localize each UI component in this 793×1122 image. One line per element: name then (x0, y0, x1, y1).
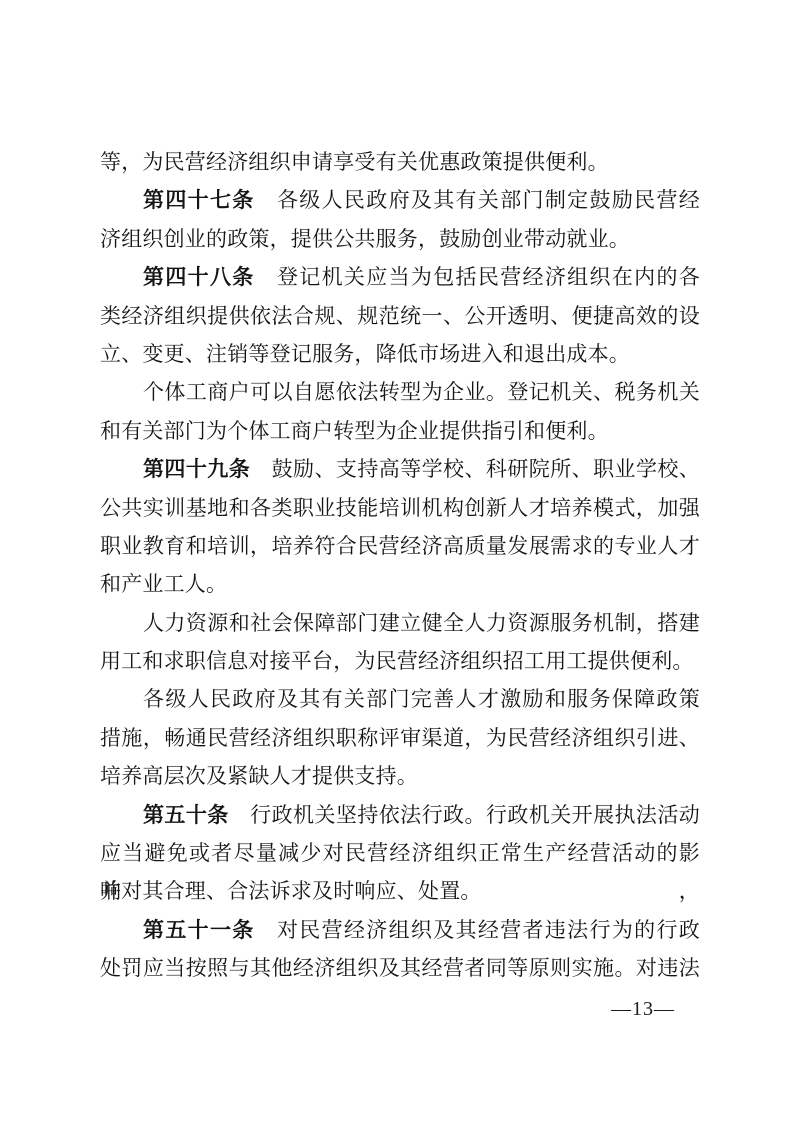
body-line: 处罚应当按照与其他经济组织及其经营者同等原则实施。对违法 (100, 949, 700, 987)
body-text-segment: 对民营经济组织及其经营者违法行为的行政 (255, 918, 700, 942)
article-number-label: 第五十一条 (143, 919, 255, 942)
body-text-segment: 立、变更、注销等登记服务，降低市场进入和退出成本。 (100, 342, 630, 366)
body-line: 第四十八条 登记机关应当为包括民营经济组织在内的各 (100, 258, 700, 296)
article-number-label: 第四十九条 (143, 458, 250, 481)
document-page: 等，为民营经济组织申请享受有关优惠政策提供便利。第四十七条 各级人民政府及其有关… (0, 0, 793, 1122)
body-line: 公共实训基地和各类职业技能培训机构创新人才培养模式，加强 (100, 489, 700, 527)
body-text-segment: 行政机关坚持依法行政。行政机关开展执法活动 (229, 803, 700, 827)
body-text-segment: 人力资源和社会保障部门建立健全人力资源服务机制，搭建 (143, 611, 700, 635)
body-text-segment: 职业教育和培训，培养符合民营经济高质量发展需求的专业人才 (100, 534, 700, 558)
body-line: 用工和求职信息对接平台，为民营经济组织招工用工提供便利。 (100, 642, 700, 680)
body-text-segment: 培养高层次及紧缺人才提供支持。 (100, 764, 418, 788)
body-text-segment: 用工和求职信息对接平台，为民营经济组织招工用工提供便利。 (100, 649, 694, 673)
body-text-segment: 等，为民营经济组织申请享受有关优惠政策提供便利。 (100, 150, 609, 174)
body-line: 人力资源和社会保障部门建立健全人力资源服务机制，搭建 (100, 604, 700, 642)
body-line: 培养高层次及紧缺人才提供支持。 (100, 757, 700, 795)
body-line: 措施，畅通民营经济组织职称评审渠道，为民营经济组织引进、 (100, 719, 700, 757)
document-body: 等，为民营经济组织申请享受有关优惠政策提供便利。第四十七条 各级人民政府及其有关… (100, 143, 700, 988)
body-line: 类经济组织提供依法合规、规范统一、公开透明、便捷高效的设 (100, 297, 700, 335)
body-text-segment: 措施，畅通民营经济组织职称评审渠道，为民营经济组织引进、 (100, 726, 700, 750)
body-line: 第四十九条 鼓励、支持高等学校、科研院所、职业学校、 (100, 450, 700, 488)
body-line: 应当避免或者尽量减少对民营经济组织正常生产经营活动的影响， (100, 834, 700, 872)
body-line: 和有关部门为个体工商户转型为企业提供指引和便利。 (100, 412, 700, 450)
body-text-segment: 并对其合理、合法诉求及时响应、处置。 (100, 879, 482, 903)
article-number-label: 第四十七条 (143, 189, 255, 212)
body-text-segment: 个体工商户可以自愿依法转型为企业。登记机关、税务机关 (143, 380, 700, 404)
body-text-segment: 和产业工人。 (100, 572, 227, 596)
body-text-segment: 各级人民政府及其有关部门制定鼓励民营经 (255, 188, 700, 212)
body-text-segment: 登记机关应当为包括民营经济组织在内的各 (255, 265, 700, 289)
body-line: 各级人民政府及其有关部门完善人才激励和服务保障政策 (100, 680, 700, 718)
body-text-segment: 处罚应当按照与其他经济组织及其经营者同等原则实施。对违法 (100, 956, 700, 980)
body-text-segment: 公共实训基地和各类职业技能培训机构创新人才培养模式，加强 (100, 496, 700, 520)
body-line: 等，为民营经济组织申请享受有关优惠政策提供便利。 (100, 143, 700, 181)
article-number-label: 第四十八条 (143, 266, 255, 289)
body-line: 济组织创业的政策，提供公共服务，鼓励创业带动就业。 (100, 220, 700, 258)
body-text-segment: 和有关部门为个体工商户转型为企业提供指引和便利。 (100, 419, 609, 443)
body-line: 立、变更、注销等登记服务，降低市场进入和退出成本。 (100, 335, 700, 373)
body-line: 第五十条 行政机关坚持依法行政。行政机关开展执法活动 (100, 796, 700, 834)
article-number-label: 第五十条 (143, 804, 229, 827)
body-text-segment: 鼓励、支持高等学校、科研院所、职业学校、 (250, 457, 700, 481)
body-line: 第五十一条 对民营经济组织及其经营者违法行为的行政 (100, 911, 700, 949)
body-line: 和产业工人。 (100, 565, 700, 603)
body-text-segment: 济组织创业的政策，提供公共服务，鼓励创业带动就业。 (100, 227, 630, 251)
body-text-segment: 各级人民政府及其有关部门完善人才激励和服务保障政策 (143, 687, 700, 711)
page-number: —13— (611, 994, 675, 1024)
body-line: 个体工商户可以自愿依法转型为企业。登记机关、税务机关 (100, 373, 700, 411)
body-line: 第四十七条 各级人民政府及其有关部门制定鼓励民营经 (100, 181, 700, 219)
body-line: 职业教育和培训，培养符合民营经济高质量发展需求的专业人才 (100, 527, 700, 565)
body-text-segment: 类经济组织提供依法合规、规范统一、公开透明、便捷高效的设 (100, 304, 700, 328)
